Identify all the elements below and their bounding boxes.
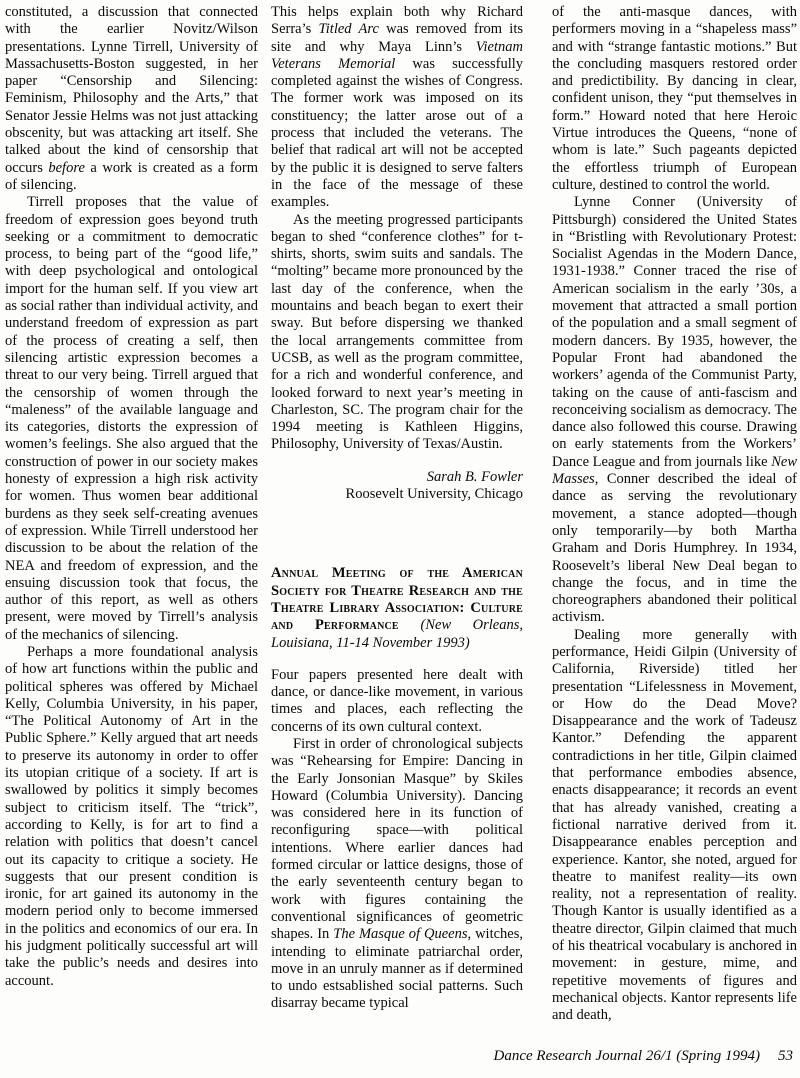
body-paragraph: Lynne Conner (University of Pittsburgh) … — [552, 194, 797, 626]
section-heading: Annual Meeting of the American Society f… — [271, 565, 523, 651]
column-1: constituted, a discussion that connected… — [5, 4, 258, 990]
signature-line: Sarah B. Fowler — [271, 469, 523, 486]
signature-line: Roosevelt University, Chicago — [271, 486, 523, 503]
body-paragraph: Dealing more generally with performance,… — [552, 627, 797, 1025]
body-paragraph: Four papers presented here dealt with da… — [271, 667, 523, 736]
body-paragraph: constituted, a discussion that connected… — [5, 4, 258, 194]
body-paragraph: of the anti-masque dances, with performe… — [552, 4, 797, 194]
column-2: This helps explain both why Richard Serr… — [271, 4, 523, 1013]
journal-page: constituted, a discussion that connected… — [0, 0, 800, 1025]
body-paragraph: Perhaps a more foundational analysis of … — [5, 644, 258, 990]
body-paragraph: First in order of chronological subjects… — [271, 736, 523, 1013]
page-footer: Dance Research Journal 26/1 (Spring 1994… — [494, 1048, 793, 1065]
page-number: 53 — [778, 1048, 793, 1064]
column-3: of the anti-masque dances, with performe… — [552, 4, 797, 1025]
body-paragraph: This helps explain both why Richard Serr… — [271, 4, 523, 212]
body-paragraph: As the meeting progressed participants b… — [271, 212, 523, 454]
journal-citation: Dance Research Journal 26/1 (Spring 1994… — [494, 1048, 760, 1064]
body-paragraph: Tirrell proposes that the value of freed… — [5, 194, 258, 644]
